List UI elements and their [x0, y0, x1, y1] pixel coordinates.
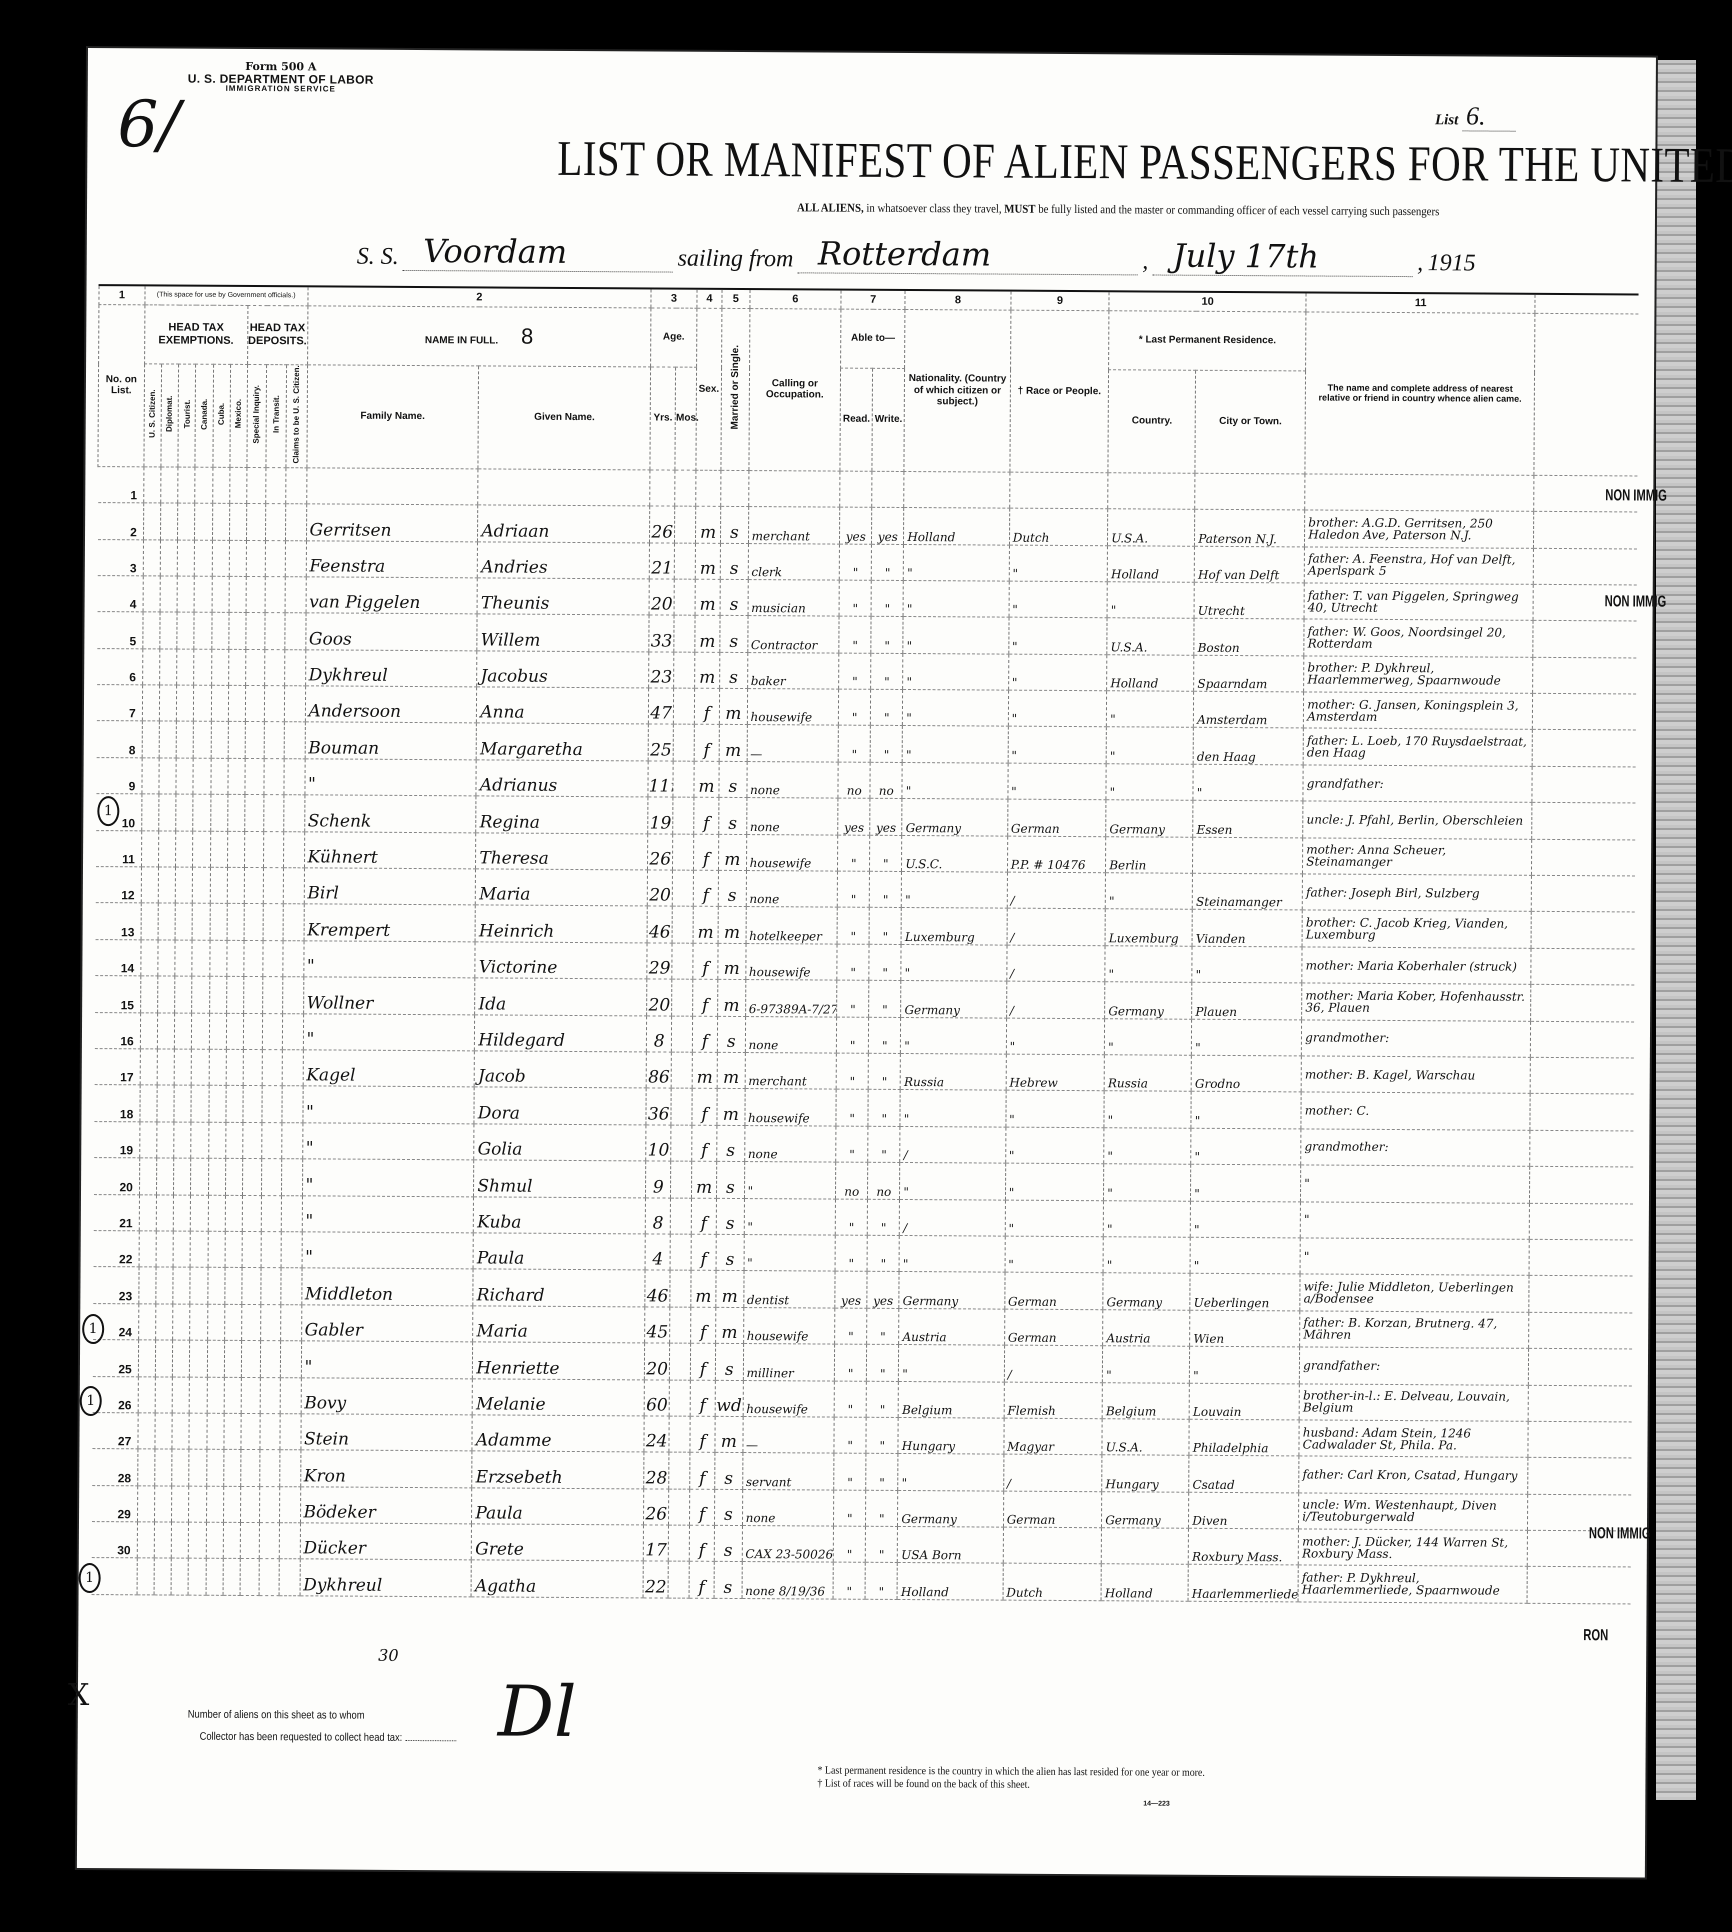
- nationality: U.S.C.: [902, 835, 1008, 872]
- empty-cell: [672, 1016, 693, 1053]
- subtitle-text-end: be fully listed and the master or comman…: [1035, 202, 1439, 218]
- corner-x-mark: X: [68, 1678, 90, 1713]
- race: ": [1006, 1091, 1105, 1128]
- col-num-6: 6: [750, 290, 842, 309]
- given-name: Jacob: [474, 1051, 646, 1088]
- sex: f: [691, 1234, 716, 1271]
- empty-cell: [669, 1380, 690, 1417]
- race: [1009, 472, 1108, 509]
- race: Magyar: [1004, 1418, 1103, 1455]
- can-write: ": [870, 871, 902, 908]
- empty-cell: [266, 504, 286, 541]
- occupation: Contractor: [747, 616, 839, 653]
- empty-cell: [260, 1413, 280, 1450]
- nearest-relative: mother: J. Dücker, 144 Warren St, Roxbur…: [1298, 1529, 1527, 1567]
- age-years: 28: [644, 1452, 669, 1489]
- empty-cell: [675, 543, 696, 580]
- nationality: ": [902, 726, 1008, 763]
- sex: m: [695, 506, 720, 543]
- bottom-number: 30: [378, 1646, 398, 1665]
- residence-country: ": [1104, 1164, 1191, 1201]
- empty-cell: [283, 795, 304, 832]
- empty-cell: [172, 1377, 189, 1413]
- given-name: Jacobus: [477, 651, 649, 688]
- age-years: [650, 470, 675, 507]
- header-yrs: Yrs.: [650, 367, 676, 470]
- given-name: Willem: [477, 614, 649, 651]
- empty-cell: [157, 1085, 174, 1121]
- family-name: ": [302, 1159, 474, 1196]
- header-in-transit: In Transit.: [266, 365, 286, 468]
- race: German: [1005, 1272, 1104, 1309]
- empty-cell: [174, 1049, 191, 1085]
- empty-cell: [192, 940, 209, 976]
- empty-cell: [172, 1449, 189, 1485]
- non-immigrant-stamp: NON IMMIG: [1605, 593, 1667, 611]
- residence-city: ": [1193, 764, 1303, 801]
- can-write: yes: [870, 799, 902, 836]
- can-read: ": [835, 1308, 867, 1345]
- occupation: dentist: [743, 1271, 835, 1308]
- race: P.P. # 10476: [1007, 836, 1106, 873]
- empty-cell: [209, 1013, 226, 1049]
- residence-city: ": [1191, 1092, 1301, 1129]
- empty-cell: [1531, 912, 1634, 949]
- empty-cell: [261, 1232, 281, 1269]
- sex: f: [691, 1198, 716, 1235]
- given-name: Theresa: [476, 833, 648, 870]
- can-write: ": [866, 1526, 898, 1563]
- row-number: 25: [92, 1340, 138, 1377]
- empty-cell: [279, 1486, 300, 1523]
- given-name: Maria: [473, 1306, 645, 1343]
- empty-cell: [226, 1086, 243, 1122]
- residence-city: Hof van Delft: [1195, 546, 1305, 583]
- residence-country: [1101, 1528, 1188, 1565]
- given-name: Victorine: [475, 942, 647, 979]
- can-read: ": [839, 580, 871, 617]
- empty-cell: [158, 831, 175, 867]
- can-write: ": [868, 1053, 900, 1090]
- residence-city: Utrecht: [1194, 582, 1304, 619]
- family-name: Stein: [300, 1414, 472, 1451]
- sex: m: [695, 652, 720, 689]
- age-years: 46: [645, 1270, 670, 1307]
- empty-cell: [177, 685, 194, 721]
- occupation: none: [744, 1125, 836, 1162]
- empty-cell: [672, 979, 693, 1016]
- race: German: [1007, 799, 1106, 836]
- empty-cell: [161, 467, 178, 503]
- residence-city: Steinamanger: [1193, 873, 1303, 910]
- empty-cell: [265, 613, 285, 650]
- empty-cell: [212, 503, 229, 539]
- can-read: ": [839, 544, 871, 581]
- marital-status: m: [718, 943, 746, 980]
- empty-cell: [171, 1522, 188, 1558]
- nearest-relative: father: B. Korzan, Brutnerg. 47, Mähren: [1300, 1311, 1529, 1349]
- empty-cell: [262, 1086, 282, 1123]
- empty-cell: [285, 504, 306, 541]
- empty-cell: [193, 758, 210, 794]
- nearest-relative: [1305, 474, 1534, 512]
- empty-cell: [243, 1049, 263, 1086]
- nationality: ": [901, 944, 1007, 981]
- nearest-relative: ": [1300, 1238, 1529, 1276]
- list-number: List 6.: [1435, 101, 1516, 131]
- age-years: 8: [647, 1016, 672, 1053]
- age-years: 33: [649, 615, 674, 652]
- age-years: 20: [647, 870, 672, 907]
- marital-status: wd: [715, 1380, 743, 1417]
- empty-cell: [212, 467, 229, 503]
- col-num-1: 1: [99, 286, 145, 305]
- given-name: Paula: [473, 1233, 645, 1270]
- empty-cell: [211, 649, 228, 685]
- empty-cell: [228, 758, 245, 794]
- family-name: Dykhreul: [300, 1559, 472, 1596]
- empty-cell: [246, 576, 266, 613]
- empty-cell: [671, 1052, 692, 1089]
- row-number: 27: [92, 1412, 138, 1449]
- empty-cell: [1531, 985, 1634, 1022]
- empty-cell: [191, 1086, 208, 1122]
- marital-status: s: [717, 1016, 745, 1053]
- header-nationality: Nationality. (Country of which citizen o…: [904, 309, 1010, 471]
- residence-city: Spaarndam: [1194, 655, 1304, 692]
- occupation: none: [742, 1489, 834, 1526]
- can-read: ": [838, 835, 870, 872]
- empty-cell: [224, 1340, 241, 1376]
- header-relative: The name and complete address of nearest…: [1305, 312, 1535, 475]
- age-years: 20: [645, 1343, 670, 1380]
- residence-city: ": [1192, 946, 1302, 983]
- empty-cell: [139, 1158, 156, 1194]
- header-canada: Canada.: [195, 364, 213, 467]
- empty-cell: [1530, 1057, 1633, 1094]
- marital-status: s: [718, 870, 746, 907]
- empty-cell: [174, 1085, 191, 1121]
- race: /: [1007, 872, 1106, 909]
- empty-cell: [279, 1523, 300, 1560]
- empty-cell: [142, 685, 159, 721]
- race: [1003, 1527, 1102, 1564]
- empty-cell: [281, 1159, 302, 1196]
- sex: m: [695, 616, 720, 653]
- family-name: Bödeker: [300, 1487, 472, 1524]
- empty-cell: [1533, 657, 1636, 694]
- header-write: Write.: [872, 368, 905, 471]
- empty-cell: [189, 1413, 206, 1449]
- form-identifier: Form 500 A U. S. DEPARTMENT OF LABOR IMM…: [188, 61, 374, 95]
- residence-country: ": [1105, 946, 1192, 983]
- sex: f: [690, 1452, 715, 1489]
- nationality: ": [898, 1454, 1004, 1491]
- empty-cell: [261, 1268, 281, 1305]
- sex: f: [691, 1307, 716, 1344]
- empty-cell: [284, 649, 305, 686]
- row-number: 19: [94, 1121, 140, 1158]
- manifest-sheet: Form 500 A U. S. DEPARTMENT OF LABOR IMM…: [77, 48, 1656, 1878]
- age-years: 36: [646, 1088, 671, 1125]
- nationality: Germany: [899, 1272, 1005, 1309]
- empty-cell: [279, 1450, 300, 1487]
- empty-cell: [673, 797, 694, 834]
- residence-country: [1108, 472, 1195, 509]
- empty-cell: [1534, 511, 1637, 548]
- empty-cell: [210, 904, 227, 940]
- empty-cell: [174, 1158, 191, 1194]
- header-country: Country.: [1108, 370, 1196, 473]
- nationality: ": [899, 1345, 1005, 1382]
- can-read: ": [834, 1381, 866, 1418]
- marital-status: s: [715, 1489, 743, 1526]
- empty-cell: [191, 1122, 208, 1158]
- sex: m: [694, 761, 719, 798]
- occupation: —: [747, 725, 839, 762]
- empty-cell: [286, 467, 307, 504]
- empty-cell: [140, 976, 157, 1012]
- occupation: none: [746, 871, 838, 908]
- empty-cell: [285, 577, 306, 614]
- empty-cell: [226, 1013, 243, 1049]
- empty-cell: [243, 1086, 263, 1123]
- empty-cell: [178, 467, 195, 503]
- partial-stamp: RON: [1583, 1627, 1608, 1645]
- occupation: CAX 23-50026: [742, 1526, 834, 1563]
- sex: m: [693, 907, 718, 944]
- sex: f: [690, 1380, 715, 1417]
- empty-cell: [175, 867, 192, 903]
- empty-cell: [223, 1450, 240, 1486]
- nationality: [904, 471, 1010, 508]
- empty-cell: [175, 976, 192, 1012]
- empty-cell: [177, 540, 194, 576]
- empty-cell: [210, 831, 227, 867]
- empty-cell: [281, 1195, 302, 1232]
- marital-status: s: [715, 1343, 743, 1380]
- residence-city: [1193, 837, 1303, 874]
- residence-country: U.S.A.: [1102, 1419, 1189, 1456]
- empty-cell: [156, 1195, 173, 1231]
- header-able-to: Able to—: [841, 309, 905, 368]
- marital-status: m: [719, 688, 747, 725]
- can-write: no: [870, 762, 902, 799]
- empty-cell: [144, 467, 161, 503]
- empty-cell: [243, 1013, 263, 1050]
- race: German: [1004, 1309, 1103, 1346]
- head-tax-footer: Number of aliens on this sheet as to who…: [188, 1709, 456, 1755]
- empty-cell: [242, 1195, 262, 1232]
- empty-cell: [245, 686, 265, 723]
- marital-status: [721, 470, 749, 507]
- residence-country: Luxemburg: [1105, 909, 1192, 946]
- occupation: baker: [747, 652, 839, 689]
- empty-cell: [1532, 803, 1635, 840]
- empty-cell: [266, 540, 286, 577]
- empty-cell: [285, 540, 306, 577]
- list-label: List: [1435, 112, 1458, 128]
- footnotes: * Last permanent residence is the countr…: [817, 1764, 1204, 1792]
- nationality: ": [902, 762, 1008, 799]
- family-name: Kagel: [303, 1050, 475, 1087]
- empty-cell: [176, 831, 193, 867]
- residence-country: ": [1106, 764, 1193, 801]
- nearest-relative: mother: C.: [1301, 1092, 1530, 1130]
- empty-cell: [1533, 693, 1636, 730]
- empty-cell: [155, 1413, 172, 1449]
- occupation: hotelkeeper: [746, 907, 838, 944]
- can-read: [840, 471, 872, 508]
- row-number: 3: [97, 539, 143, 576]
- empty-cell: [225, 1122, 242, 1158]
- empty-cell: [241, 1450, 261, 1487]
- empty-cell: [154, 1522, 171, 1558]
- empty-cell: [282, 977, 303, 1014]
- marital-status: m: [719, 834, 747, 871]
- marital-status: m: [715, 1416, 743, 1453]
- residence-country: ": [1103, 1237, 1190, 1274]
- empty-cell: [156, 1267, 173, 1303]
- age-years: 19: [648, 797, 673, 834]
- empty-cell: [207, 1377, 224, 1413]
- circled-mark: 1: [80, 1386, 104, 1416]
- residence-country: ": [1103, 1346, 1190, 1383]
- empty-cell: [241, 1341, 261, 1378]
- empty-cell: [207, 1304, 224, 1340]
- occupation: [748, 470, 840, 507]
- empty-cell: [264, 831, 284, 868]
- empty-cell: [279, 1559, 300, 1596]
- empty-cell: [241, 1304, 261, 1341]
- empty-cell: [142, 721, 159, 757]
- empty-cell: [143, 503, 160, 539]
- nearest-relative: grandmother:: [1301, 1129, 1530, 1167]
- can-read: ": [835, 1344, 867, 1381]
- given-name: Theunis: [477, 578, 649, 615]
- residence-city: Boston: [1194, 619, 1304, 656]
- empty-cell: [245, 722, 265, 759]
- empty-cell: [173, 1304, 190, 1340]
- residence-country: ": [1104, 1091, 1191, 1128]
- empty-cell: [159, 758, 176, 794]
- empty-cell: [207, 1268, 224, 1304]
- age-years: 11m: [648, 761, 673, 798]
- can-read: no: [836, 1162, 868, 1199]
- nationality: ": [903, 580, 1009, 617]
- empty-cell: [208, 1122, 225, 1158]
- circled-mark: 1: [82, 1314, 106, 1344]
- empty-cell: [176, 758, 193, 794]
- empty-cell: [1529, 1312, 1632, 1349]
- can-write: ": [866, 1454, 898, 1491]
- row-number: 23: [93, 1267, 139, 1304]
- empty-cell: [264, 868, 284, 905]
- empty-cell: [137, 1558, 154, 1594]
- empty-cell: [283, 868, 304, 905]
- empty-cell: [209, 976, 226, 1012]
- residence-country: Belgium: [1102, 1382, 1189, 1419]
- empty-cell: [141, 940, 158, 976]
- race: /: [1007, 909, 1106, 946]
- race: Flemish: [1004, 1382, 1103, 1419]
- signature: Dl: [498, 1671, 577, 1753]
- race: ": [1005, 1236, 1104, 1273]
- empty-cell: [191, 1195, 208, 1231]
- race: ": [1005, 1127, 1104, 1164]
- empty-cell: [673, 834, 694, 871]
- can-read: ": [836, 1053, 868, 1090]
- empty-cell: [263, 1013, 283, 1050]
- residence-city: Haarlemmerliede: [1188, 1565, 1298, 1602]
- age-years: 10: [646, 1125, 671, 1162]
- can-write: ": [866, 1417, 898, 1454]
- empty-cell: [160, 576, 177, 612]
- sex: f: [690, 1343, 715, 1380]
- residence-city: Grodno: [1191, 1055, 1301, 1092]
- row-number: 6: [97, 648, 143, 685]
- occupation: 6-97389A-7/27/42: [745, 980, 837, 1017]
- empty-cell: [1531, 1021, 1634, 1058]
- sex: m: [695, 543, 720, 580]
- can-read: ": [836, 1126, 868, 1163]
- empty-cell: [229, 467, 246, 503]
- marital-status: s: [714, 1525, 742, 1562]
- empty-cell: [138, 1304, 155, 1340]
- marital-status: m: [718, 907, 746, 944]
- header-family-name: Family Name.: [306, 365, 478, 469]
- empty-cell: [671, 1161, 692, 1198]
- empty-cell: [155, 1376, 172, 1412]
- family-name: Goos: [305, 613, 477, 650]
- row-number: 29: [91, 1485, 137, 1522]
- given-name: Margaretha: [476, 723, 648, 760]
- family-name: Schenk: [304, 795, 476, 832]
- empty-cell: [227, 795, 244, 831]
- family-name: Kron: [300, 1450, 472, 1487]
- occupation: merchant: [745, 1053, 837, 1090]
- can-read: no: [838, 762, 870, 799]
- marital-status: m: [719, 725, 747, 762]
- empty-cell: [158, 867, 175, 903]
- empty-cell: [159, 794, 176, 830]
- empty-cell: [669, 1525, 690, 1562]
- race: ": [1008, 690, 1107, 727]
- residence-country: Germany: [1105, 982, 1192, 1019]
- empty-cell: [160, 649, 177, 685]
- empty-cell: [284, 686, 305, 723]
- empty-cell: [190, 1304, 207, 1340]
- empty-cell: [140, 1085, 157, 1121]
- family-name: ": [302, 1232, 474, 1269]
- family-name: ": [302, 1086, 474, 1123]
- empty-cell: [188, 1559, 205, 1595]
- empty-cell: [227, 831, 244, 867]
- header-group-row: No. on List. HEAD TAX EXEMPTIONS. HEAD T…: [99, 305, 1639, 373]
- empty-cell: [1527, 1567, 1630, 1604]
- row-number: 30: [91, 1522, 137, 1559]
- marital-status: s: [716, 1234, 744, 1271]
- empty-cell: [283, 941, 304, 978]
- nationality: ": [903, 690, 1009, 727]
- occupation: housewife: [745, 943, 837, 980]
- gov-use-note: (This space for use by Government offici…: [145, 286, 308, 305]
- nationality: ": [902, 872, 1008, 909]
- can-read: yes: [838, 798, 870, 835]
- empty-cell: [672, 943, 693, 980]
- can-write: ": [872, 544, 904, 581]
- departure-port: Rotterdam: [798, 234, 1138, 275]
